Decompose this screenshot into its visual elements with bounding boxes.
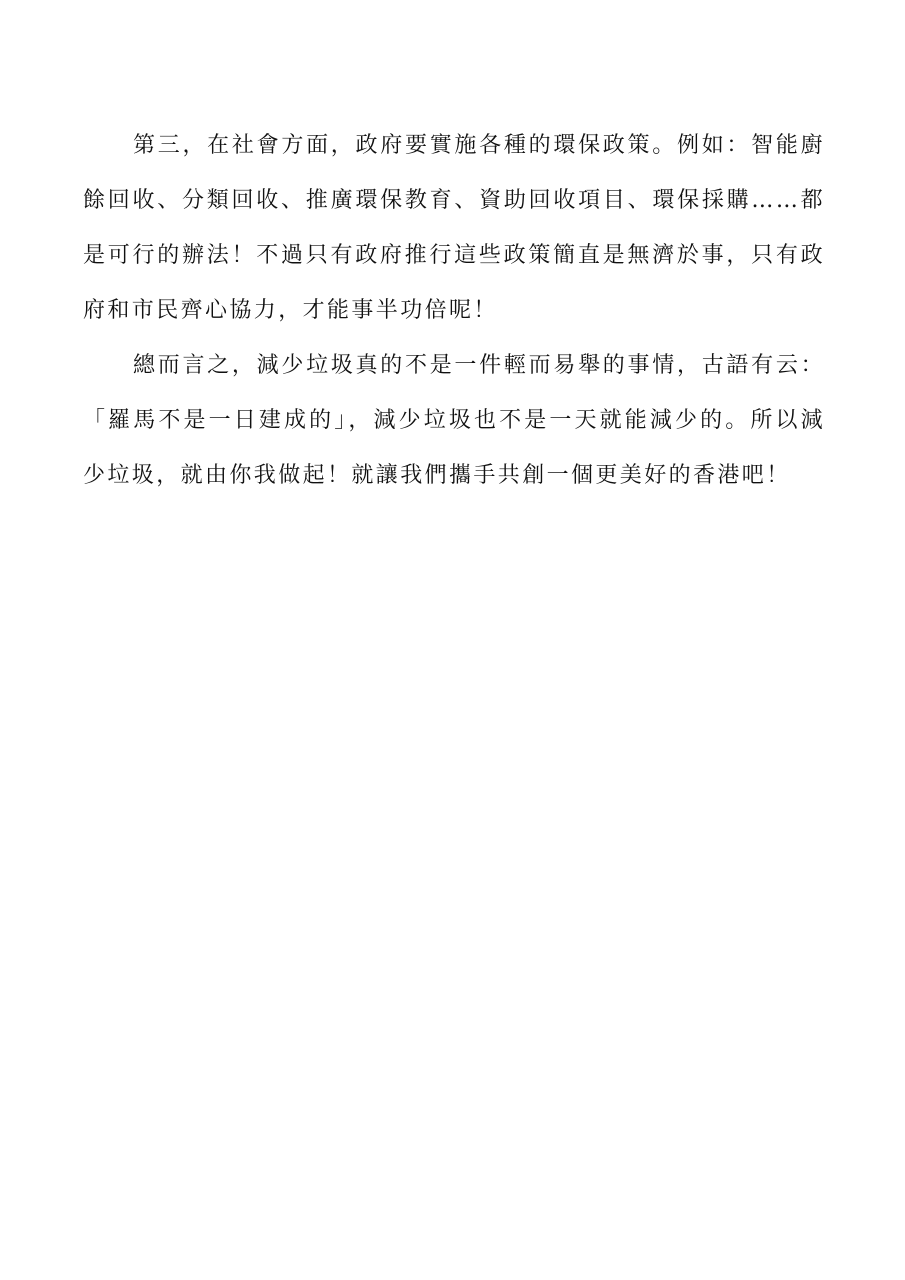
- document-page: 第三，在社會方面，政府要實施各種的環保政策。例如：智能廚餘回收、分類回收、推廣環…: [0, 0, 905, 1280]
- document-body: 第三，在社會方面，政府要實施各種的環保政策。例如：智能廚餘回收、分類回收、推廣環…: [83, 118, 825, 503]
- paragraph-conclusion: 總而言之，減少垃圾真的不是一件輕而易舉的事情，古語有云：「羅馬不是一日建成的」，…: [83, 338, 825, 503]
- paragraph-social-policy: 第三，在社會方面，政府要實施各種的環保政策。例如：智能廚餘回收、分類回收、推廣環…: [83, 118, 825, 338]
